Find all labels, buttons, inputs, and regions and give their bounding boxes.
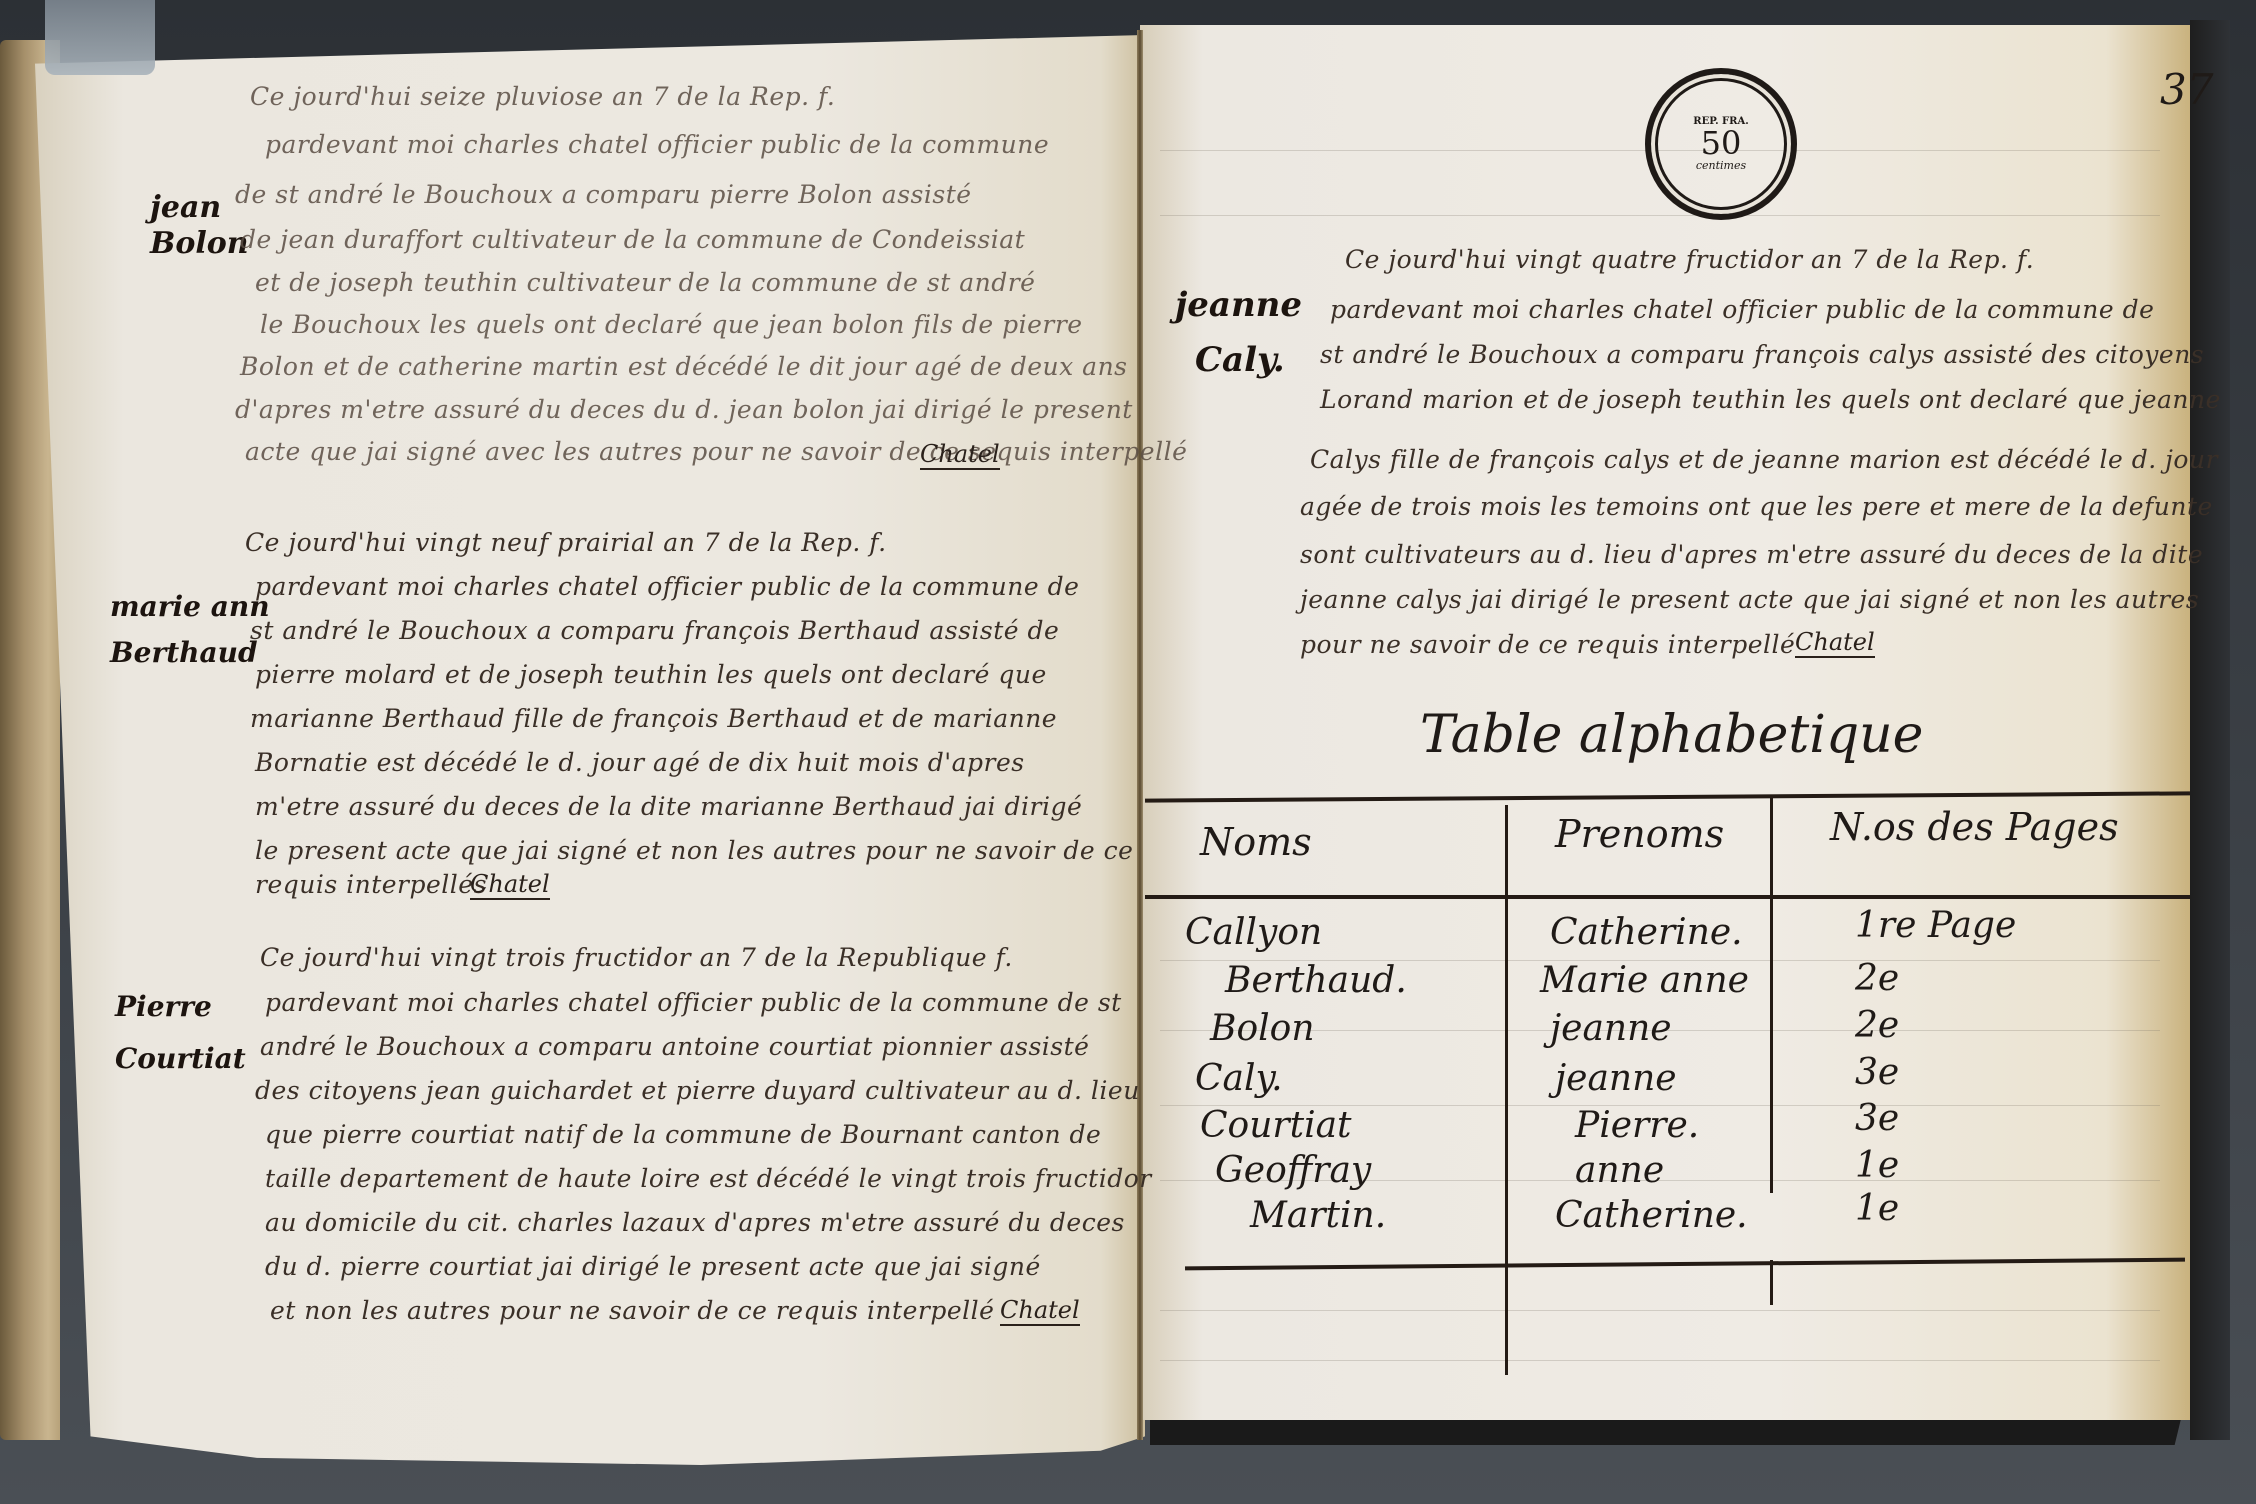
margin-name: jeanne Caly. (1175, 285, 1302, 381)
text-line: et de joseph teuthin cultivateur de la c… (255, 268, 1035, 297)
cell-nom: Bolon (1210, 1008, 1315, 1049)
cell-prenom: Catherine. (1550, 912, 1743, 953)
text-line: Ce jourd'hui vingt quatre fructidor an 7… (1345, 245, 2034, 274)
signature: Chatel (1795, 628, 1875, 658)
text-line: requis interpellés (255, 870, 487, 899)
stamp-value: 50 (1701, 127, 1742, 159)
text-line: jeanne calys jai dirigé le present acte … (1300, 585, 2199, 614)
tax-stamp: REP. FRA. 50 centimes (1645, 68, 1797, 220)
text-line: st andré le Bouchoux a comparu françois … (1320, 340, 2204, 369)
text-line: pour ne savoir de ce requis interpellé (1300, 630, 1795, 659)
text-line: le Bouchoux les quels ont declaré que je… (260, 310, 1083, 339)
text-line: et non les autres pour ne savoir de ce r… (270, 1296, 994, 1325)
cell-prenom: Marie anne (1540, 960, 1749, 1001)
signature: Chatel (920, 440, 1000, 470)
table-header-prenoms: Prenoms (1555, 812, 1724, 856)
table-col-divider (1770, 798, 1773, 1193)
text-line: d'apres m'etre assuré du deces du d. jea… (235, 395, 1133, 424)
text-line: pardevant moi charles chatel officier pu… (265, 130, 1049, 159)
text-line: Calys fille de françois calys et de jean… (1310, 445, 2218, 474)
text-line: Ce jourd'hui vingt neuf prairial an 7 de… (245, 528, 887, 557)
signature: Chatel (1000, 1296, 1080, 1326)
text-line: pardevant moi charles chatel officier pu… (255, 572, 1079, 601)
cell-prenom: anne (1575, 1150, 1664, 1191)
table-col-divider (1770, 1260, 1773, 1305)
text-line: Ce jourd'hui seize pluviose an 7 de la R… (250, 82, 835, 111)
margin-name-line: jean (150, 190, 249, 226)
text-line: andré le Bouchoux a comparu antoine cour… (260, 1032, 1089, 1061)
text-line: pardevant moi charles chatel officier pu… (265, 988, 1122, 1017)
cell-nom: Courtiat (1200, 1105, 1352, 1146)
text-line: acte que jai signé avec les autres pour … (245, 437, 1187, 466)
text-line: des citoyens jean guichardet et pierre d… (255, 1076, 1140, 1105)
text-line: Ce jourd'hui vingt trois fructidor an 7 … (260, 943, 1013, 972)
text-line: agée de trois mois les temoins ont que l… (1300, 492, 2213, 521)
text-line: de jean duraffort cultivateur de la comm… (240, 225, 1025, 254)
book-cover-right (2190, 20, 2230, 1440)
text-line: du d. pierre courtiat jai dirigé le pres… (265, 1252, 1041, 1281)
cell-page: 1re Page (1855, 905, 2016, 946)
text-line: marianne Berthaud fille de françois Bert… (250, 704, 1057, 733)
cell-page: 3e (1855, 1052, 1899, 1093)
cell-prenom: Pierre. (1575, 1105, 1699, 1146)
text-line: Bolon et de catherine martin est décédé … (240, 352, 1128, 381)
text-line: st andré le Bouchoux a comparu françois … (250, 616, 1059, 645)
text-line: taille departement de haute loire est dé… (265, 1164, 1152, 1193)
book-gutter (1137, 30, 1143, 1440)
table-header-noms: Noms (1200, 820, 1312, 864)
table-col-divider (1505, 805, 1508, 1375)
stamp-unit: centimes (1696, 159, 1746, 172)
cell-nom: Geoffray (1215, 1150, 1371, 1191)
margin-name-line: Berthaud (110, 636, 270, 670)
cell-page: 1e (1855, 1188, 1899, 1229)
text-line: pardevant moi charles chatel officier pu… (1330, 295, 2154, 324)
text-line: Lorand marion et de joseph teuthin les q… (1320, 385, 2221, 414)
table-title: Table alphabetique (1420, 705, 1923, 765)
cell-prenom: Catherine. (1555, 1195, 1748, 1236)
cell-page: 1e (1855, 1145, 1899, 1186)
table-header-pages: N.os des Pages (1830, 805, 2119, 849)
cell-page: 3e (1855, 1098, 1899, 1139)
table-header-rule (1145, 895, 2190, 899)
page-clip (45, 0, 155, 75)
folio-number: 37 (2160, 65, 2213, 114)
margin-name-line: jeanne (1175, 285, 1302, 326)
margin-name-line: Bolon (150, 226, 249, 262)
margin-name: jean Bolon (150, 190, 249, 262)
text-line: pierre molard et de joseph teuthin les q… (255, 660, 1047, 689)
margin-name: marie ann Berthaud (110, 590, 270, 669)
margin-name-line: marie ann (110, 590, 270, 624)
margin-name: Pierre Courtiat (115, 990, 246, 1075)
text-line: au domicile du cit. charles lazaux d'apr… (265, 1208, 1125, 1237)
text-line: m'etre assuré du deces de la dite marian… (255, 792, 1082, 821)
margin-name-line: Courtiat (115, 1042, 246, 1076)
cell-nom: Martin. (1250, 1195, 1386, 1236)
cell-nom: Callyon (1185, 912, 1322, 953)
cell-prenom: jeanne (1550, 1008, 1672, 1049)
cell-nom: Caly. (1195, 1058, 1283, 1099)
cell-nom: Berthaud. (1225, 960, 1407, 1001)
margin-name-line: Pierre (115, 990, 246, 1024)
margin-name-line: Caly. (1195, 340, 1302, 381)
text-line: le present acte que jai signé et non les… (255, 836, 1133, 865)
text-line: Bornatie est décédé le d. jour agé de di… (255, 748, 1025, 777)
signature: Chatel (470, 870, 550, 900)
cell-prenom: jeanne (1555, 1058, 1677, 1099)
text-line: de st andré le Bouchoux a comparu pierre… (235, 180, 972, 209)
text-line: sont cultivateurs au d. lieu d'apres m'e… (1300, 540, 2203, 569)
text-line: que pierre courtiat natif de la commune … (265, 1120, 1101, 1149)
cell-page: 2e (1855, 958, 1899, 999)
cell-page: 2e (1855, 1005, 1899, 1046)
